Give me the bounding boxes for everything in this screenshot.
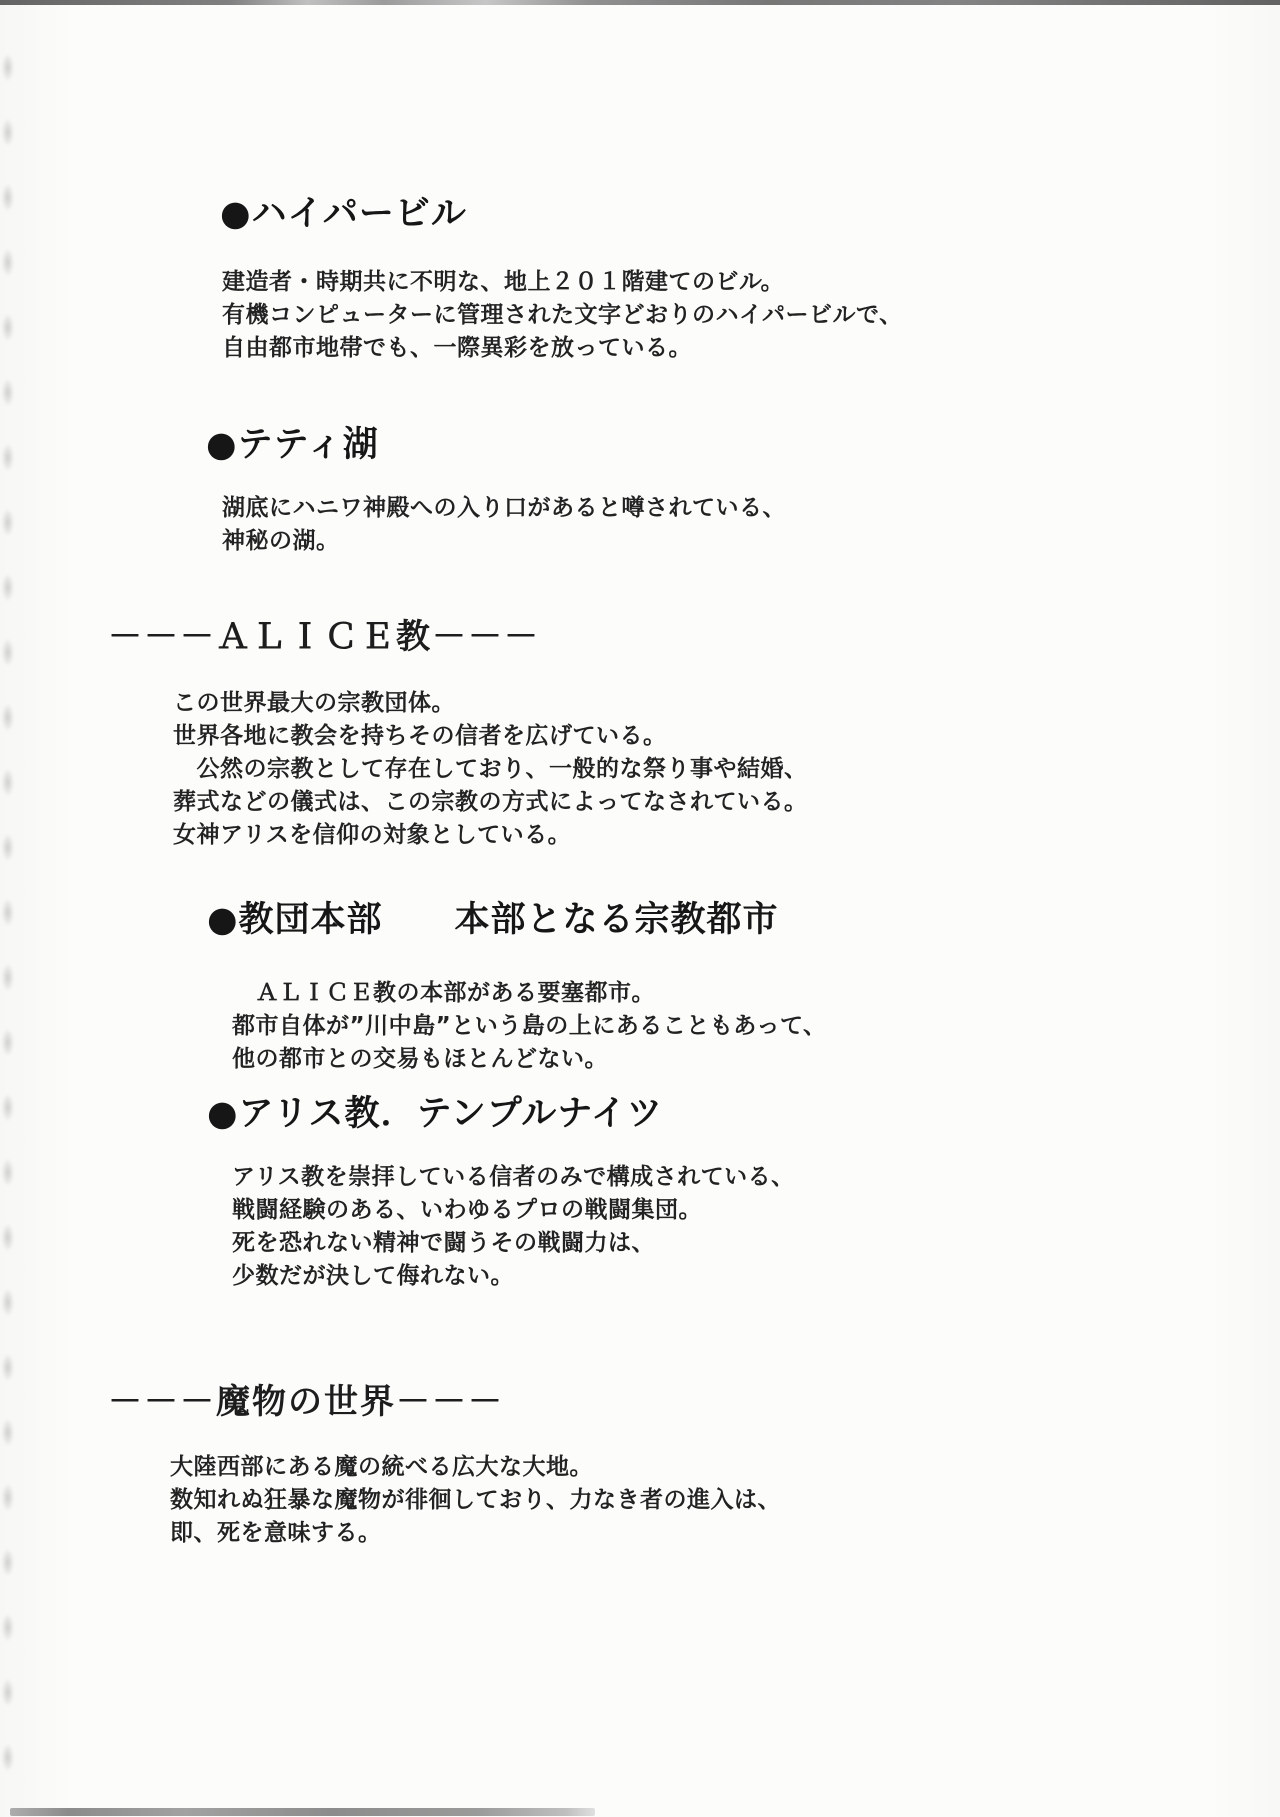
paragraph-order-headquarters: ＡＬＩＣＥ教の本部がある要塞都市。 都市自体が”川中島”という島の上にあることも… (232, 977, 827, 1076)
paragraph-line: 大陸西部にある魔の統べる広大な大地。 (170, 1451, 781, 1484)
paragraph-line: 建造者・時期共に不明な、地上２０１階建てのビル。 (222, 266, 903, 299)
paragraph-temple-knights: アリス教を崇拝している信者のみで構成されている、 戦闘経験のある、いわゆるプロの… (232, 1161, 795, 1293)
paragraph-line: 他の都市との交易もほとんどない。 (232, 1043, 827, 1076)
paragraph-line: 女神アリスを信仰の対象としている。 (173, 819, 808, 852)
section-heading-order-headquarters: ●教団本部 本部となる宗教都市 (207, 898, 779, 942)
binding-marks (0, 35, 26, 1795)
section-heading-teti-lake: ●テティ湖 (206, 423, 379, 467)
paragraph-line: 即、死を意味する。 (170, 1517, 781, 1550)
paragraph-line: 有機コンピューターに管理された文字どおりのハイパービルで、 (222, 299, 903, 332)
paragraph-line: ＡＬＩＣＥ教の本部がある要塞都市。 (232, 977, 827, 1010)
paragraph-line: 都市自体が”川中島”という島の上にあることもあって、 (232, 1010, 827, 1043)
paragraph-line: 神秘の湖。 (222, 525, 786, 558)
paragraph-line: 世界各地に教会を持ちその信者を広げている。 (173, 720, 808, 753)
section-heading-monster-world: －－－魔物の世界－－－ (108, 1381, 504, 1423)
paragraph-line: 少数だが決して侮れない。 (232, 1260, 795, 1293)
paragraph-alice-religion: この世界最大の宗教団体。 世界各地に教会を持ちその信者を広げている。 公然の宗教… (173, 687, 808, 852)
scanned-page: ●ハイパービル 建造者・時期共に不明な、地上２０１階建てのビル。 有機コンピュー… (0, 0, 1280, 1817)
paragraph-line: 自由都市地帯でも、一際異彩を放っている。 (222, 332, 903, 365)
paragraph-line: 湖底にハニワ神殿への入り口があると噂されている、 (222, 492, 786, 525)
paragraph-teti-lake: 湖底にハニワ神殿への入り口があると噂されている、 神秘の湖。 (222, 492, 786, 558)
paragraph-line: 数知れぬ狂暴な魔物が徘徊しており、力なき者の進入は、 (170, 1484, 781, 1517)
paragraph-monster-world: 大陸西部にある魔の統べる広大な大地。 数知れぬ狂暴な魔物が徘徊しており、力なき者… (170, 1451, 781, 1550)
paragraph-line: 公然の宗教として存在しており、一般的な祭り事や結婚、 (173, 753, 808, 786)
paragraph-line: 死を恐れない精神で闘うその戦闘力は、 (232, 1227, 795, 1260)
scan-edge-bottom (10, 1808, 595, 1816)
scan-edge-top (0, 0, 1280, 5)
paragraph-line: 葬式などの儀式は、この宗教の方式によってなされている。 (173, 786, 808, 819)
paragraph-line: この世界最大の宗教団体。 (173, 687, 808, 720)
paragraph-line: 戦闘経験のある、いわゆるプロの戦闘集団。 (232, 1194, 795, 1227)
paragraph-line: アリス教を崇拝している信者のみで構成されている、 (232, 1161, 795, 1194)
section-heading-hyper-building: ●ハイパービル (220, 192, 467, 236)
section-heading-alice-religion: －－－ＡＬＩＣＥ教－－－ (108, 616, 540, 658)
section-heading-temple-knights: ●アリス教．テンプルナイツ (207, 1092, 663, 1136)
paragraph-hyper-building: 建造者・時期共に不明な、地上２０１階建てのビル。 有機コンピューターに管理された… (222, 266, 903, 365)
